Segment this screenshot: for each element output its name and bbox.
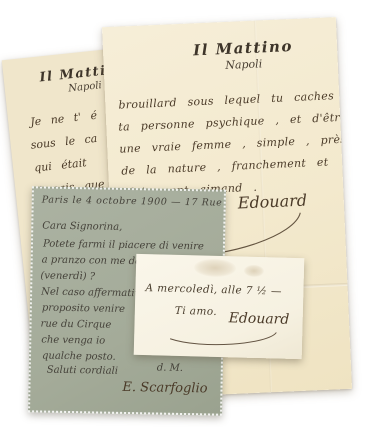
handwriting-line: sous le ca xyxy=(30,132,98,152)
handwriting-line: une vraie femme , simple , près xyxy=(119,133,346,156)
handwriting-line: Potete farmi il piacere di venire xyxy=(43,239,204,253)
handwriting-line: che venga io xyxy=(41,335,105,347)
handwriting-line: (venerdì) ? xyxy=(40,270,95,282)
letterhead-front: Il Mattino Napoli xyxy=(143,35,344,76)
signature-edouard: Edouard xyxy=(237,191,307,213)
handwriting-line: qualche posto. xyxy=(42,351,116,363)
signature-scarfoglio: E. Scarfoglio xyxy=(122,380,207,396)
paper-stain xyxy=(194,258,236,277)
handwriting-line: Nel caso affermativo xyxy=(41,287,146,300)
handwriting-line: Je ne t' é xyxy=(30,109,98,129)
handwriting-line: brouillard sous lequel tu caches xyxy=(118,89,334,111)
card-closing: Saluti cordiali xyxy=(47,365,118,377)
photo-canvas: Il Mattino Napoli Je ne t' é sous le ca … xyxy=(0,0,377,440)
paper-stain xyxy=(244,265,264,278)
card-dateline: Paris le 4 octobre 1900 — 17 Rue de Clic… xyxy=(42,194,226,209)
handwriting-line: de la nature , franchement et xyxy=(121,156,329,178)
card-line: Ti amo. xyxy=(175,305,218,318)
signature-edouard-card: Edouard xyxy=(228,310,289,328)
signature-prefix: d. M. xyxy=(157,363,183,374)
signature-flourish xyxy=(156,326,283,355)
card-salutation: Cara Signorina, xyxy=(42,221,122,233)
card-line: A mercoledì, alle 7 ½ — xyxy=(145,282,282,298)
handwriting-line: qui était xyxy=(34,156,88,174)
handwriting-line: proposito venire xyxy=(42,303,125,315)
handwriting-line: ta personne psychique , et d'être xyxy=(118,111,347,134)
white-card: A mercoledì, alle 7 ½ — Ti amo. Edouard xyxy=(134,254,305,359)
handwriting-line: rue du Cirque xyxy=(40,318,111,330)
